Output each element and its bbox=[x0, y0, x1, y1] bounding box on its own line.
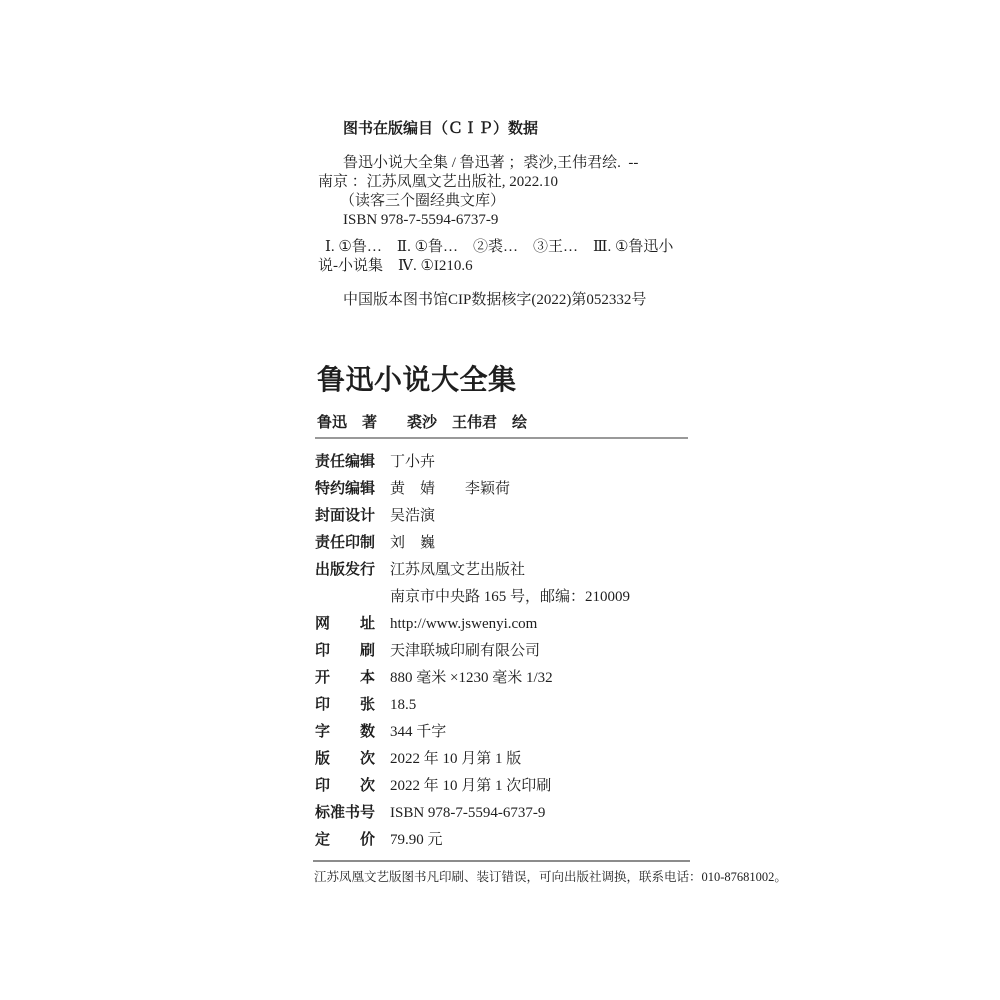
colophon-row: 出版发行江苏凤凰文艺出版社 bbox=[315, 560, 695, 587]
colophon-row: 特约编辑黄 婧 李颖荷 bbox=[315, 479, 695, 506]
footer-divider-rule bbox=[313, 860, 690, 862]
cip-classification-line: 说-小说集 Ⅳ. ①I210.6 bbox=[318, 257, 673, 276]
colophon-label: 定 价 bbox=[315, 830, 375, 850]
colophon-value: 天津联城印刷有限公司 bbox=[390, 643, 540, 659]
colophon-row: 字 数344 千字 bbox=[315, 722, 695, 749]
colophon-row: 版 次2022 年 10 月第 1 版 bbox=[315, 749, 695, 776]
colophon-value: http://www.jswenyi.com bbox=[390, 616, 537, 632]
colophon-row: 责任印制刘 巍 bbox=[315, 533, 695, 560]
colophon-value: 2022 年 10 月第 1 次印刷 bbox=[390, 778, 551, 794]
colophon-value: ISBN 978-7-5594-6737-9 bbox=[390, 805, 545, 821]
colophon-label: 网 址 bbox=[315, 614, 375, 634]
colophon-value: 18.5 bbox=[390, 697, 416, 713]
colophon-row: 南京市中央路 165 号，邮编：210009 bbox=[315, 587, 695, 614]
colophon-label: 印 张 bbox=[315, 695, 375, 715]
colophon-row: 定 价79.90 元 bbox=[315, 830, 695, 857]
cip-record-line: （读客三个圈经典文库） bbox=[318, 192, 638, 211]
colophon-label: 印 次 bbox=[315, 776, 375, 796]
colophon-label: 责任印制 bbox=[315, 533, 375, 553]
colophon-label: 封面设计 bbox=[315, 506, 375, 526]
author-illustrator-byline: 鲁迅 著 裘沙 王伟君 绘 bbox=[317, 414, 527, 432]
colophon-row: 责任编辑丁小卉 bbox=[315, 452, 695, 479]
title-divider-rule bbox=[315, 437, 688, 439]
colophon-value: 黄 婧 李颖荷 bbox=[390, 481, 510, 497]
colophon-value: 南京市中央路 165 号，邮编：210009 bbox=[390, 589, 630, 605]
cip-record-block: 鲁迅小说大全集 / 鲁迅著 ；裘沙,王伟君绘. -- 南京 ：江苏凤凰文艺出版社… bbox=[318, 154, 638, 230]
colophon-value: 880 毫米 ×1230 毫米 1/32 bbox=[390, 670, 553, 686]
cip-classification-line: Ⅰ. ①鲁… Ⅱ. ①鲁… ②裘… ③王… Ⅲ. ①鲁迅小 bbox=[318, 238, 673, 257]
colophon-label: 标准书号 bbox=[315, 803, 375, 823]
colophon-label: 出版发行 bbox=[315, 560, 375, 580]
colophon-row: 封面设计吴浩演 bbox=[315, 506, 695, 533]
book-title: 鲁迅小说大全集 bbox=[317, 365, 517, 397]
cip-registry-number: 中国版本图书馆CIP数据核字(2022)第052332号 bbox=[343, 291, 646, 309]
colophon-value: 丁小卉 bbox=[390, 454, 435, 470]
colophon-row: 标准书号ISBN 978-7-5594-6737-9 bbox=[315, 803, 695, 830]
colophon-value: 79.90 元 bbox=[390, 832, 443, 848]
cip-heading: 图书在版编目（ＣＩＰ）数据 bbox=[343, 120, 538, 138]
colophon-value: 刘 巍 bbox=[390, 535, 435, 551]
colophon-label: 印 刷 bbox=[315, 641, 375, 661]
cip-record-line: 南京 ：江苏凤凰文艺出版社, 2022.10 bbox=[318, 173, 638, 192]
colophon-value: 江苏凤凰文艺出版社 bbox=[390, 562, 525, 578]
colophon-label: 责任编辑 bbox=[315, 452, 375, 472]
colophon-label: 字 数 bbox=[315, 722, 375, 742]
printing-error-notice: 江苏凤凰文艺版图书凡印刷、装订错误，可向出版社调换，联系电话：010-87681… bbox=[314, 869, 787, 885]
cip-classification-block: Ⅰ. ①鲁… Ⅱ. ①鲁… ②裘… ③王… Ⅲ. ①鲁迅小 说-小说集 Ⅳ. ①… bbox=[318, 238, 673, 276]
colophon-row: 网 址http://www.jswenyi.com bbox=[315, 614, 695, 641]
colophon-value: 344 千字 bbox=[390, 724, 446, 740]
colophon-row: 印 刷天津联城印刷有限公司 bbox=[315, 641, 695, 668]
book-colophon-page: 图书在版编目（ＣＩＰ）数据 鲁迅小说大全集 / 鲁迅著 ；裘沙,王伟君绘. --… bbox=[0, 0, 1000, 1000]
colophon-label: 版 次 bbox=[315, 749, 375, 769]
colophon-table: 责任编辑丁小卉 特约编辑黄 婧 李颖荷 封面设计吴浩演 责任印制刘 巍 出版发行… bbox=[315, 452, 695, 857]
cip-record-line: ISBN 978-7-5594-6737-9 bbox=[318, 211, 638, 230]
colophon-value: 吴浩演 bbox=[390, 508, 435, 524]
cip-record-line: 鲁迅小说大全集 / 鲁迅著 ；裘沙,王伟君绘. -- bbox=[318, 154, 638, 173]
colophon-row: 开 本880 毫米 ×1230 毫米 1/32 bbox=[315, 668, 695, 695]
colophon-row: 印 张18.5 bbox=[315, 695, 695, 722]
colophon-value: 2022 年 10 月第 1 版 bbox=[390, 751, 521, 767]
colophon-label: 开 本 bbox=[315, 668, 375, 688]
colophon-row: 印 次2022 年 10 月第 1 次印刷 bbox=[315, 776, 695, 803]
colophon-label: 特约编辑 bbox=[315, 479, 375, 499]
